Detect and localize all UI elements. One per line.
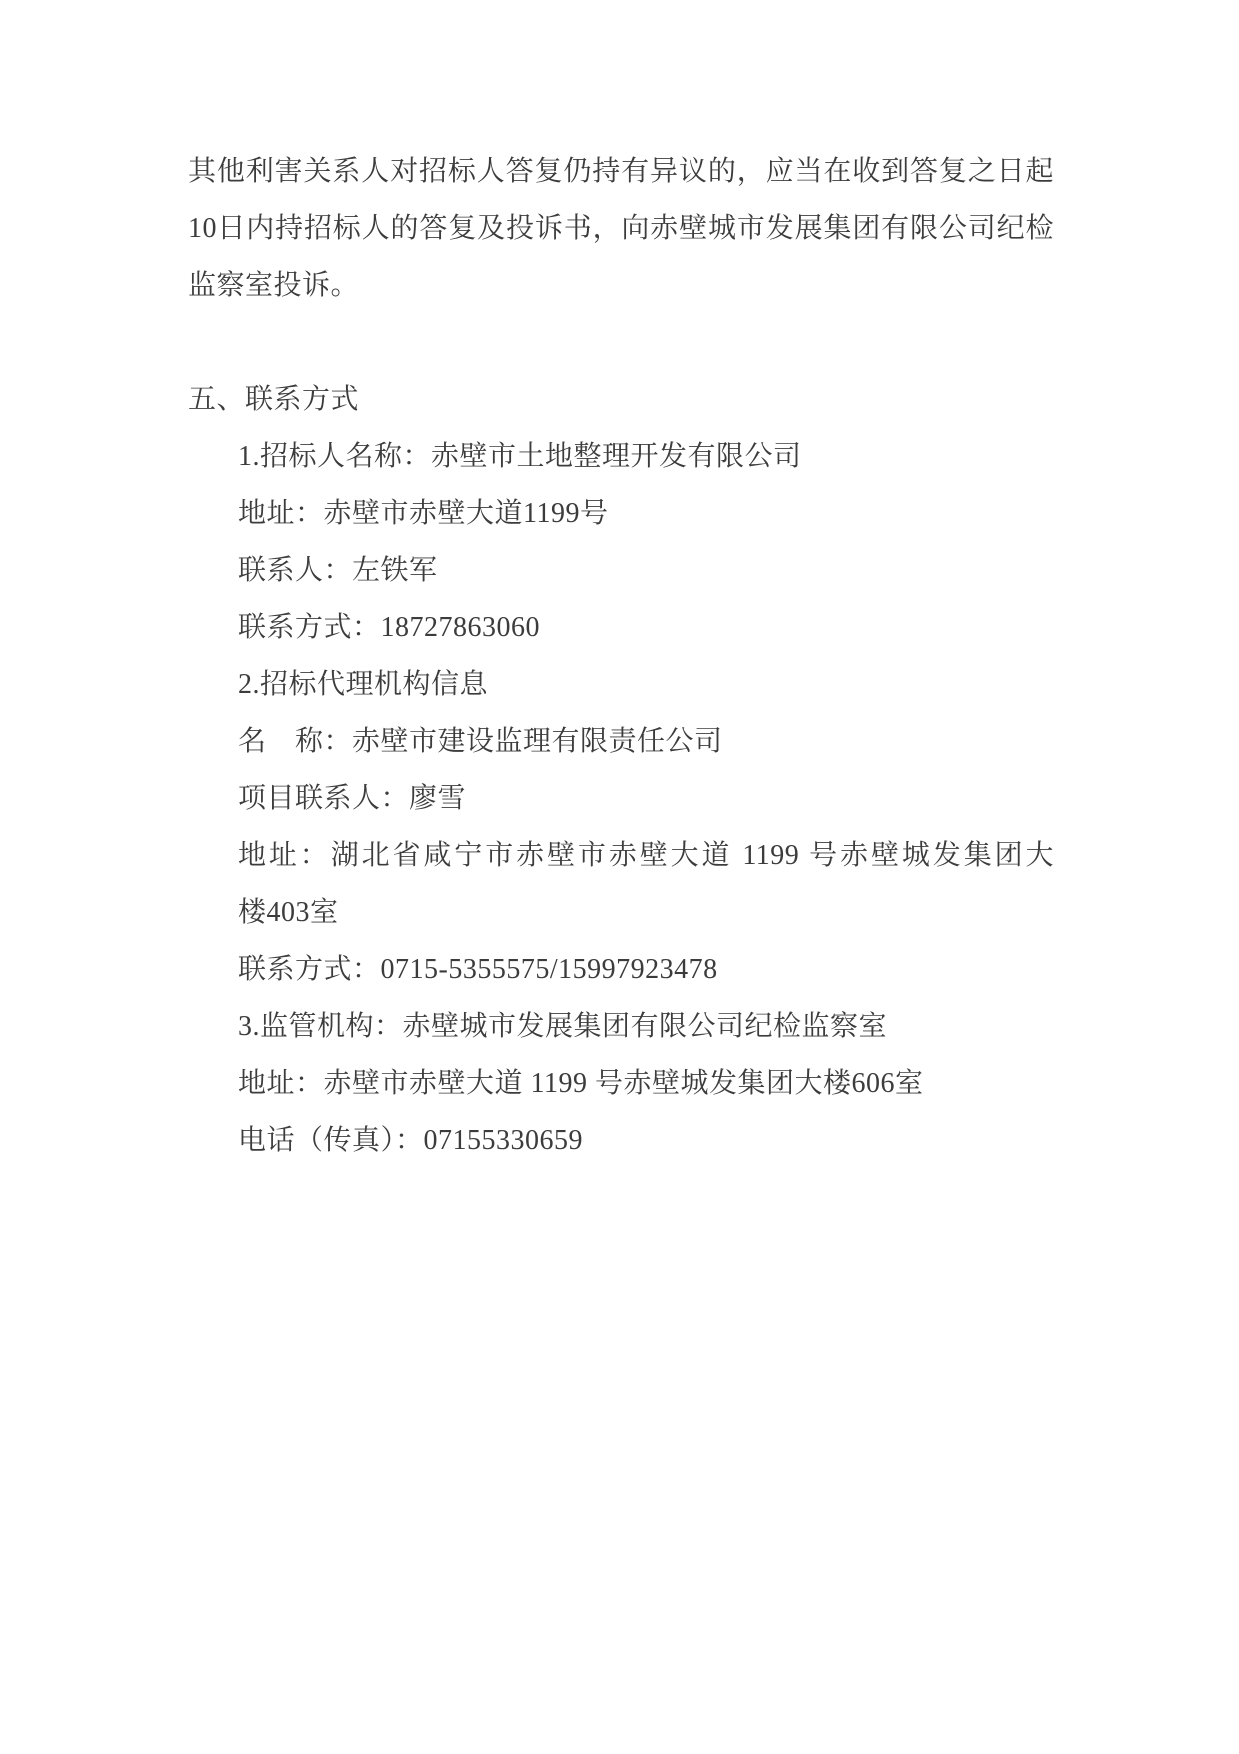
contact-line-supervisor-address: 地址：赤壁市赤壁大道 1199 号赤壁城发集团大楼606室 [188,1055,1054,1112]
contact-line-tenderer-name: 1.招标人名称：赤壁市土地整理开发有限公司 [188,428,1054,485]
contact-line-agency-phone: 联系方式：0715-5355575/15997923478 [188,941,1054,998]
paragraph-line: 10日内持招标人的答复及投诉书，向赤壁城市发展集团有限公司纪检 [188,200,1054,257]
contact-line-agency-contact-person: 项目联系人：廖雪 [188,770,1054,827]
contact-line-tenderer-address: 地址：赤壁市赤壁大道1199号 [188,485,1054,542]
paragraph-line: 监察室投诉。 [188,257,1054,314]
contact-line-agency-address-cont: 楼403室 [188,884,1054,941]
paragraph-line: 其他利害关系人对招标人答复仍持有异议的，应当在收到答复之日起 [188,143,1054,200]
document-page: 其他利害关系人对招标人答复仍持有异议的，应当在收到答复之日起 10日内持招标人的… [0,0,1239,1754]
contact-line-agency-section: 2.招标代理机构信息 [188,656,1054,713]
document-text-block: 其他利害关系人对招标人答复仍持有异议的，应当在收到答复之日起 10日内持招标人的… [188,143,1054,1169]
contact-line-tenderer-contact-person: 联系人：左铁军 [188,542,1054,599]
contact-line-agency-address: 地址：湖北省咸宁市赤壁市赤壁大道 1199 号赤壁城发集团大 [188,827,1054,884]
contact-line-agency-name: 名 称：赤壁市建设监理有限责任公司 [188,713,1054,770]
section-heading: 五、联系方式 [188,371,1054,428]
contact-line-supervisor-phone-fax: 电话（传真）：07155330659 [188,1112,1054,1169]
blank-line [188,314,1054,371]
contact-line-tenderer-phone: 联系方式：18727863060 [188,599,1054,656]
contact-line-supervisor: 3.监管机构：赤壁城市发展集团有限公司纪检监察室 [188,998,1054,1055]
